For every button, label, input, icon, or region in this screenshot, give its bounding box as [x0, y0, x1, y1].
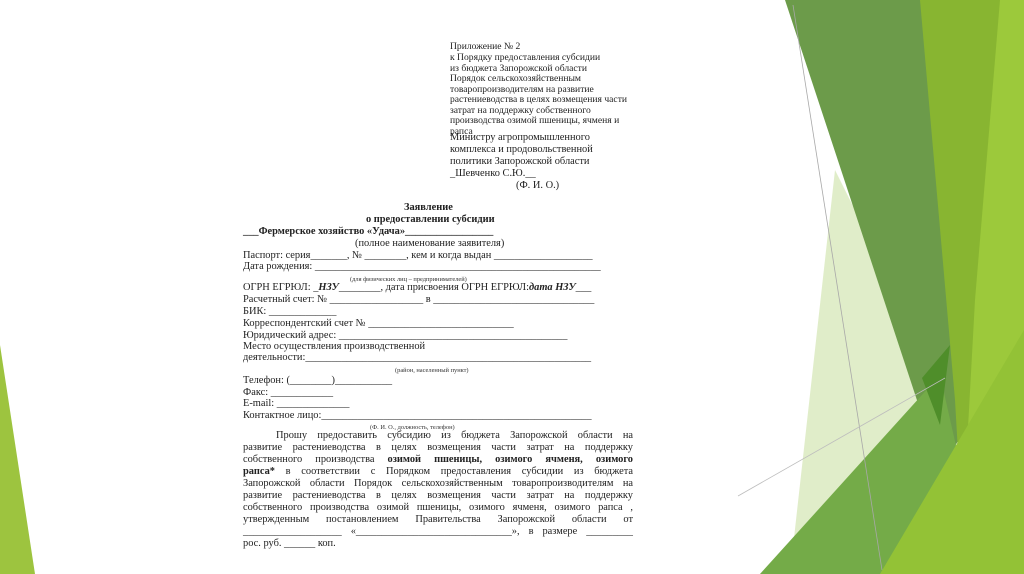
- appendix-line: Порядок сельскохозяйственным: [450, 73, 581, 84]
- ogrn-field: ОГРН ЕГРЮЛ: _НЗУ________, дата присвоени…: [243, 282, 591, 294]
- body-line: рос. руб. ______ коп.: [243, 538, 336, 550]
- body-line: рапса* в соответствии с Порядком предост…: [243, 466, 633, 478]
- body-line: утвержденным постановлением Правительств…: [243, 514, 633, 526]
- body-text: собственного производства: [243, 454, 388, 465]
- appendix-line: к Порядку предоставления субсидии: [450, 52, 600, 63]
- appendix-line: растениеводства в целях возмещения части: [450, 94, 627, 105]
- body-line: развитие растениеводства в целях возмеще…: [243, 442, 633, 454]
- addressee-line: комплекса и продовольственной: [450, 144, 593, 156]
- ogrn-tail: ___: [576, 282, 592, 293]
- crops-bold: озимой пшеницы, озимого ячменя, озимого: [388, 454, 633, 465]
- body-line: Запорожской области Порядок сельскохозяй…: [243, 478, 633, 490]
- appendix-line: Приложение № 2: [450, 41, 520, 52]
- ogrn-label: ОГРН ЕГРЮЛ: _: [243, 282, 318, 293]
- applicant-caption: (полное наименование заявителя): [355, 238, 504, 250]
- body-line: Прошу предоставить субсидию из бюджета З…: [276, 430, 633, 442]
- activity-caption: (район, населенный пункт): [395, 365, 469, 377]
- document-title: Заявление: [404, 202, 453, 214]
- addressee-line: политики Запорожской области: [450, 156, 589, 168]
- body-line: собственного производства озимой пшеницы…: [243, 502, 633, 514]
- ogrn-value: НЗУ: [318, 282, 338, 293]
- account-field: Расчетный счет: № __________________ в _…: [243, 294, 594, 306]
- document-subtitle: о предоставлении субсидии: [366, 214, 495, 226]
- email-field: E-mail: ______________: [243, 398, 350, 410]
- addressee-caption: (Ф. И. О.): [516, 180, 559, 192]
- applicant-name: ___Фермерское хозяйство «Удача»_________…: [243, 226, 493, 238]
- ogrn-date-value: дата НЗУ: [529, 282, 576, 293]
- birth-date-field: Дата рождения: _________________________…: [243, 261, 601, 273]
- ogrn-middle: ________, дата присвоения ОГРН ЕГРЮЛ:: [339, 282, 529, 293]
- addressee-name: _Шевченко С.Ю.__: [450, 168, 536, 180]
- body-text: в соответствии с Порядком предоставления…: [275, 466, 633, 477]
- rapeseed-bold: рапса*: [243, 466, 275, 477]
- addressee-line: Министру агропромышленного: [450, 132, 590, 144]
- body-line: собственного производства озимой пшеницы…: [243, 454, 633, 466]
- corr-account-field: Корреспондентский счет № _______________…: [243, 318, 514, 330]
- contact-field: Контактное лицо:________________________…: [243, 410, 592, 422]
- appendix-line: производства озимой пшеницы, ячменя и: [450, 115, 619, 126]
- bik-field: БИК: _____________: [243, 306, 336, 318]
- phone-field: Телефон: (________)___________: [243, 375, 392, 387]
- scanned-application-form: Приложение № 2 к Порядку предоставления …: [0, 0, 1024, 574]
- activity-place-field: деятельности:___________________________…: [243, 352, 591, 364]
- body-line: ___________________ «___________________…: [243, 526, 633, 538]
- body-line: развитие растениеводства в целях возмеще…: [243, 490, 633, 502]
